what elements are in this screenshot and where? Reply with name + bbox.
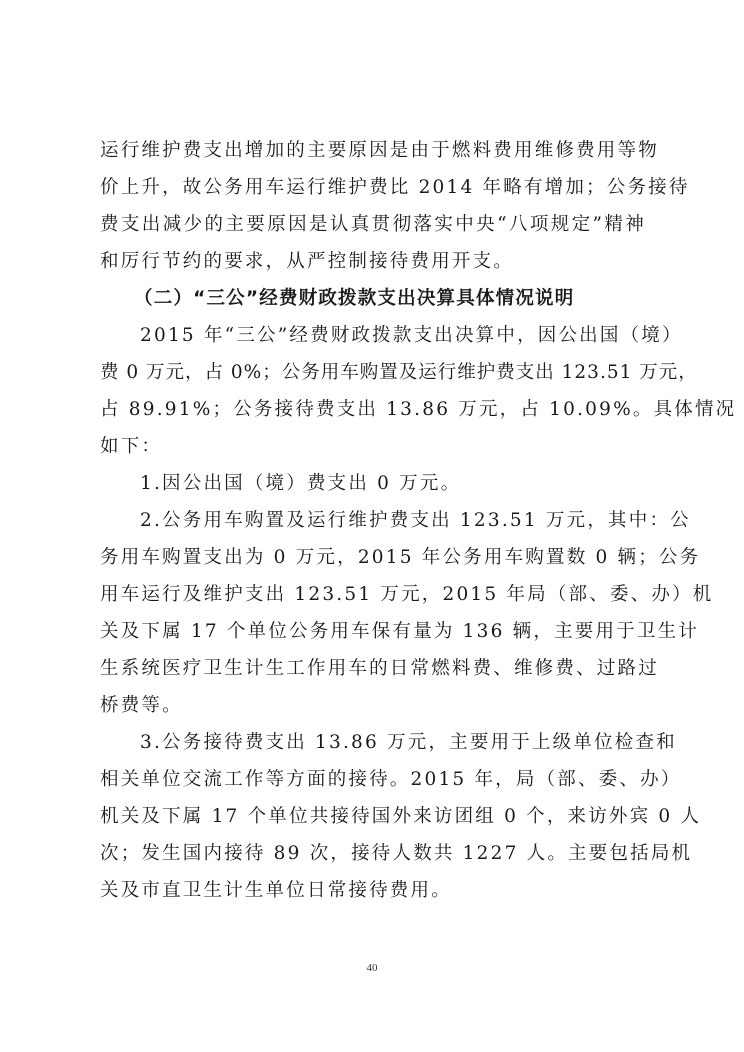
text-line: 费 0 万元，占 0%；公务用车购置及运行维护费支出 123.51 万元， — [100, 354, 646, 391]
paragraph-summary: 2015 年“三公”经费财政拨款支出决算中，因公出国（境） 费 0 万元，占 0… — [100, 317, 646, 465]
text-line: 2015 年“三公”经费财政拨款支出决算中，因公出国（境） — [100, 317, 646, 354]
document-page: 运行维护费支出增加的主要原因是由于燃料费用维修费用等物 价上升，故公务用车运行维… — [100, 132, 646, 909]
paragraph-continuation: 运行维护费支出增加的主要原因是由于燃料费用维修费用等物 价上升，故公务用车运行维… — [100, 132, 646, 280]
text-line: 关及下属 17 个单位公务用车保有量为 136 辆，主要用于卫生计 — [100, 613, 646, 650]
paragraph-item-2: 2.公务用车购置及运行维护费支出 123.51 万元，其中：公 务用车购置支出为… — [100, 502, 646, 724]
section-heading: （二）“三公”经费财政拨款支出决算具体情况说明 — [100, 280, 646, 317]
paragraph-item-1: 1.因公出国（境）费支出 0 万元。 — [100, 465, 646, 502]
paragraph-item-3: 3.公务接待费支出 13.86 万元，主要用于上级单位检查和 相关单位交流工作等… — [100, 724, 646, 909]
text-line: 机关及下属 17 个单位共接待国外来访团组 0 个，来访外宾 0 人 — [100, 798, 646, 835]
text-line: 务用车购置支出为 0 万元，2015 年公务用车购置数 0 辆；公务 — [100, 539, 646, 576]
heading-text: （二）“三公”经费财政拨款支出决算具体情况说明 — [100, 280, 646, 317]
text-line: 1.因公出国（境）费支出 0 万元。 — [100, 465, 646, 502]
text-line: 如下： — [100, 428, 646, 465]
text-line: 价上升，故公务用车运行维护费比 2014 年略有增加；公务接待 — [100, 169, 646, 206]
text-line: 3.公务接待费支出 13.86 万元，主要用于上级单位检查和 — [100, 724, 646, 761]
text-line: 用车运行及维护支出 123.51 万元，2015 年局（部、委、办）机 — [100, 576, 646, 613]
text-line: 关及市直卫生计生单位日常接待费用。 — [100, 872, 646, 909]
text-line: 2.公务用车购置及运行维护费支出 123.51 万元，其中：公 — [100, 502, 646, 539]
text-line: 相关单位交流工作等方面的接待。2015 年，局（部、委、办） — [100, 761, 646, 798]
text-line: 次；发生国内接待 89 次，接待人数共 1227 人。主要包括局机 — [100, 835, 646, 872]
text-line: 桥费等。 — [100, 687, 646, 724]
text-line: 运行维护费支出增加的主要原因是由于燃料费用维修费用等物 — [100, 132, 646, 169]
text-line: 生系统医疗卫生计生工作用车的日常燃料费、维修费、过路过 — [100, 650, 646, 687]
text-line: 占 89.91%；公务接待费支出 13.86 万元，占 10.09%。具体情况 — [100, 391, 646, 428]
text-line: 费支出减少的主要原因是认真贯彻落实中央“八项规定”精神 — [100, 206, 646, 243]
page-number: 40 — [0, 962, 744, 974]
text-line: 和厉行节约的要求，从严控制接待费用开支。 — [100, 243, 646, 280]
